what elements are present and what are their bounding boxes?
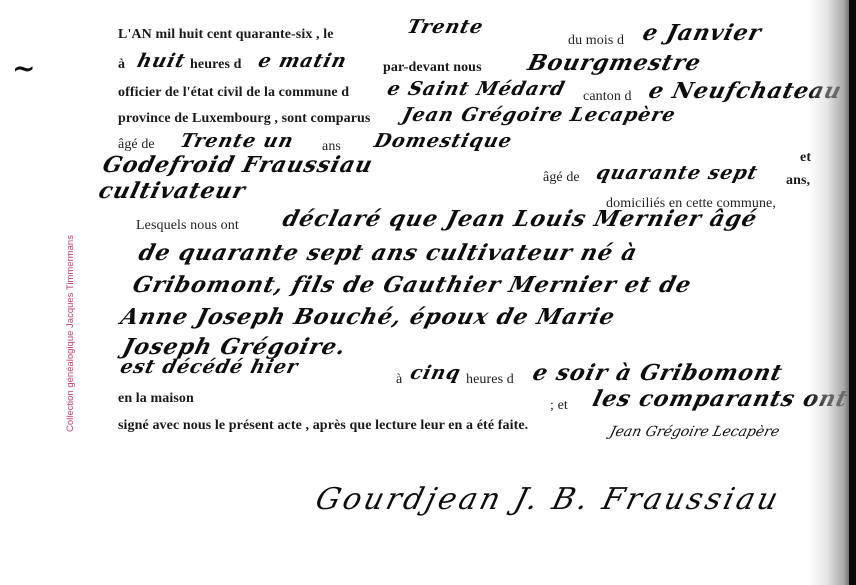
handwritten-time-of-day: e matin (256, 50, 349, 72)
printed-a: à (118, 57, 125, 73)
handwritten-month: e Janvier (640, 20, 765, 46)
printed-province-line: province de Luxembourg , sont comparus (118, 111, 370, 127)
handwritten-deceased-yesterday: est décédé hier (118, 356, 301, 378)
printed-canton-label: canton d (583, 89, 632, 105)
printed-years-label-2: ans, (786, 173, 810, 189)
handwritten-day: Trente (405, 16, 486, 38)
printed-age-label-2: âgé de (543, 170, 580, 186)
scan-border (849, 0, 856, 585)
signatures-bottom: Gourdjean J. B. Fraussiau (312, 482, 784, 517)
printed-month-label: du mois d (568, 33, 624, 49)
handwritten-commune: e Saint Médard (385, 78, 568, 100)
handwritten-death-time-place: e soir à Gribomont (530, 360, 786, 386)
collection-watermark: Collection généalogique Jacques Timmerma… (65, 235, 76, 432)
printed-signed-line: signé avec nous le présent acte , après … (118, 418, 528, 434)
handwritten-declaration-line-1: déclaré que Jean Louis Mernier âgé (280, 206, 760, 232)
printed-hours-label: heures d (190, 57, 242, 73)
page-edge-shadow (808, 0, 850, 585)
printed-at: à (396, 372, 402, 388)
handwritten-declarant1-occupation: Domestique (372, 130, 515, 152)
printed-before-us: par-devant nous (383, 60, 482, 76)
handwritten-declaration-line-3: Gribomont, fils de Gauthier Mernier et d… (130, 272, 695, 298)
printed-officer-line: officier de l'état civil de la commune d (118, 85, 349, 101)
handwritten-declarant2-occupation: cultivateur (96, 178, 249, 204)
printed-year-line: L'AN mil huit cent quarante-six , le (118, 27, 334, 43)
handwritten-officer-title: Bourgmestre (525, 50, 704, 76)
handwritten-hour: huit (135, 50, 188, 72)
handwritten-death-hour: cinq (408, 362, 463, 384)
printed-hours-label-2: heures d (466, 372, 514, 388)
handwritten-declaration-line-4: Anne Joseph Bouché, époux de Marie (118, 304, 618, 330)
handwritten-declaration-line-2: de quarante sept ans cultivateur né à (136, 240, 640, 266)
printed-age-label-1: âgé de (118, 137, 155, 153)
signature-declarant1: Jean Grégoire Lecapère (608, 424, 781, 440)
handwritten-declarant1-name: Jean Grégoire Lecapère (400, 104, 678, 126)
handwritten-declarant1-age: Trente un (178, 130, 296, 152)
handwritten-declarant2-age: quarante sept (594, 162, 760, 184)
printed-and-2: ; et (550, 398, 568, 414)
printed-in-the-house: en la maison (118, 391, 194, 407)
printed-declared-label: Lesquels nous ont (136, 218, 239, 234)
document-page: ~ Collection généalogique Jacques Timmer… (0, 0, 856, 585)
handwritten-declarant2-name: Godefroid Fraussiau (100, 152, 376, 178)
margin-mark: ~ (12, 52, 35, 85)
